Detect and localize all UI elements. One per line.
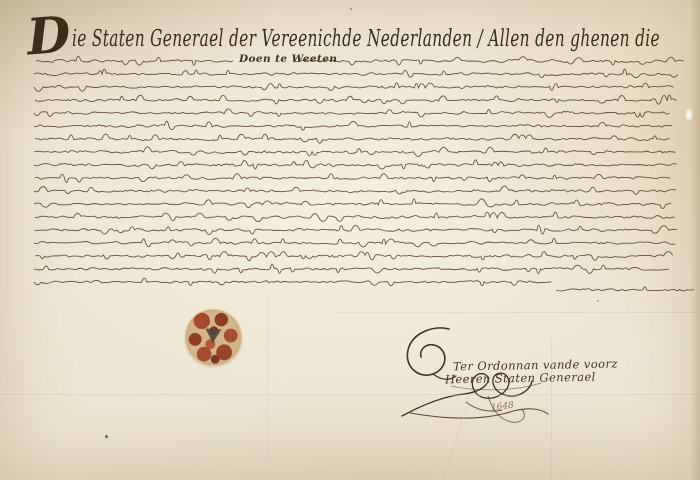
script-line [34,160,677,169]
signature-flourishes [0,0,700,480]
legible-fragment-doen-te-weeten: Doen te Weeten [239,53,337,65]
script-line [34,186,676,194]
header-line: D ie Staten Generael der Vereenichde Ned… [27,14,675,66]
paper-speck [597,300,599,302]
parchment-right-edge-shade [690,0,700,480]
gloss-highlight-spot [686,109,692,120]
manuscript-body-script [0,0,700,480]
fold-crease-horizontal-upper [335,312,700,314]
header-initial-capital: D [26,13,72,60]
script-line [556,287,694,291]
fold-crease-diagonal [443,396,471,480]
flourish-initial [407,328,449,375]
subscription-line-2: Heeren Staten Generael [445,370,596,387]
script-line [35,212,674,222]
parchment-document: D ie Staten Generael der Vereenichde Ned… [0,0,700,480]
signature-year-mark: 1648 [490,401,514,414]
script-line [34,147,675,157]
header-rest: ie Staten Generael der Vereenichde Neder… [72,14,660,64]
script-line [34,121,672,130]
script-line [34,69,678,78]
fold-crease-vertical-left [267,294,269,480]
script-line [34,109,669,118]
script-line [34,238,675,247]
script-line [34,264,669,273]
script-line [34,83,674,91]
script-line [34,278,551,286]
script-line [35,174,670,183]
fold-crease-horizontal-lower [0,394,700,396]
script-line [35,134,669,143]
signature-stroke-underline [410,409,548,418]
script-line [34,199,671,209]
paper-speck [350,8,352,10]
seal-triangle-impression [205,329,222,344]
paper-speck [105,435,108,438]
script-line [35,95,677,104]
script-line [34,225,677,234]
script-line [35,252,673,261]
wax-seal [184,308,244,368]
